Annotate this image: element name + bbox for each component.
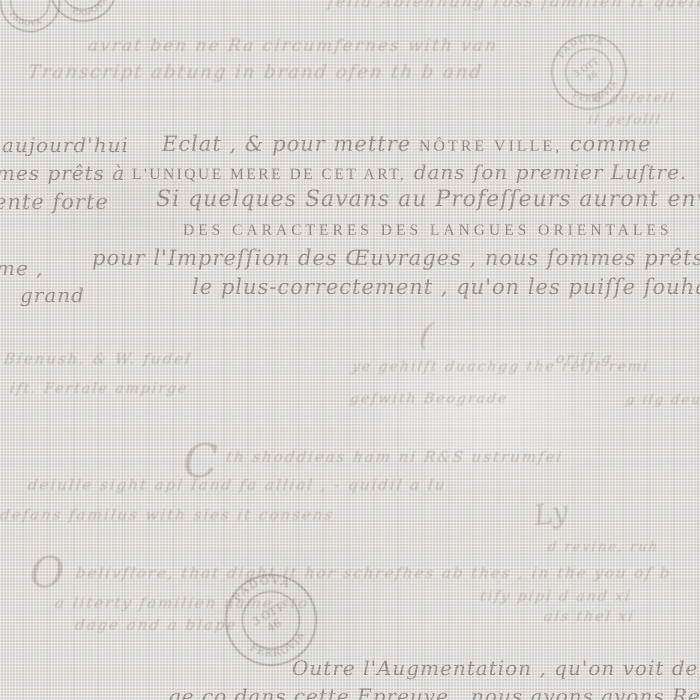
handwriting-fragment: ye gehilft duachgg the reift remi <box>351 360 650 374</box>
bottom-printed-line-2: ge co dans cette Epreuve , nous avons av… <box>168 686 700 700</box>
handwriting-fragment: ift. Fertale ampirge <box>9 382 189 396</box>
specimen-line-4: DES CARACTERES DES LANGUES ORIENTALES <box>183 223 673 239</box>
handwriting-fragment: deiulle sight apl Iand fa allial , - qui… <box>27 478 448 493</box>
handwriting-fragment: defans familus with sies it consens <box>0 508 335 523</box>
margin-fragment: aujourd'hui <box>2 135 129 155</box>
specimen-line-1: Eclat , & pour mettre NÔTRE VILLE, comme <box>162 134 651 155</box>
handwriting-fragment: Transcript abtung in brand ofen th b and <box>27 64 484 82</box>
bottom-printed-line-1: Outre l'Augmentation , qu'on voit depuis… <box>292 658 700 678</box>
handwriting-fragment: a gefetell <box>593 92 676 105</box>
handwriting-fragment: Bienush. & W. fudel <box>3 352 193 367</box>
margin-fragment: grand <box>20 285 85 305</box>
flourish-capital-o: O <box>30 552 64 594</box>
handwriting-fragment: il gefolll <box>587 114 662 127</box>
stamp-arc-text: PADOVA <box>6 8 45 31</box>
specimen-line-2-caps: L'UNIQUE MERE DE CET ART, <box>132 166 406 183</box>
specimen-line-6: le plus-correctement , qu'on les puiſſe … <box>192 277 700 298</box>
specimen-line-1-script-a: Eclat , & pour mettre <box>162 132 419 156</box>
specimen-line-1-script-b: comme <box>562 132 651 156</box>
stamp-arc-top-text: PADOVA <box>553 29 608 62</box>
handwriting-fragment: belivflore, that dight it hor schrefhes … <box>75 566 672 581</box>
handwriting-fragment: a literty familien name sto <box>54 596 310 611</box>
handwriting-fragment: th shoddieas ham ni R&S ustrumfei <box>225 450 564 465</box>
handwriting-fragment: avrat ben ne Ra circumfernes with van <box>87 38 499 55</box>
handwriting-fragment: dage and a blape <box>74 618 238 633</box>
margin-fragment: mes prêts à <box>0 163 125 183</box>
postal-stamp-top-right: PADOVA FERROVIA 3 OTT 46 <box>539 22 640 123</box>
specimen-line-1-caps: NÔTRE VILLE, <box>419 138 562 155</box>
flourish-ly: Ly <box>532 498 569 530</box>
svg-text:PADOVA: PADOVA <box>6 8 45 31</box>
handwriting-fragment: d revine, ruh <box>547 541 660 554</box>
specimen-line-2-script: dans ſon premier Luſtre. <box>406 160 687 184</box>
handwriting-fragment: gefwith Beograde <box>349 392 509 406</box>
margin-fragment: me , <box>0 258 44 278</box>
handwriting-fragment: fella Ablehnung ross familien it queit l… <box>327 0 700 10</box>
linen-fabric-canvas: PADOVA PADOVA PADOVA FERROVIA 3 OTT 46 <box>0 0 700 700</box>
specimen-line-2: L'UNIQUE MERE DE CET ART, dans ſon premi… <box>132 162 687 183</box>
svg-text:PADOVA: PADOVA <box>553 29 608 62</box>
handwriting-fragment: als thel xi <box>543 610 636 624</box>
flourish-paren: ( <box>417 317 435 351</box>
margin-fragment: ente forte <box>0 192 109 213</box>
handwriting-fragment: g ilg deuft <box>625 394 700 407</box>
handwriting-fragment: tify pipi d and xi <box>479 590 633 604</box>
specimen-line-3: Si quelques Savans au Profeſſeurs auront… <box>156 189 700 211</box>
specimen-line-5: pour l'Impreſſion des Œuvrages , nous ſo… <box>92 248 700 269</box>
